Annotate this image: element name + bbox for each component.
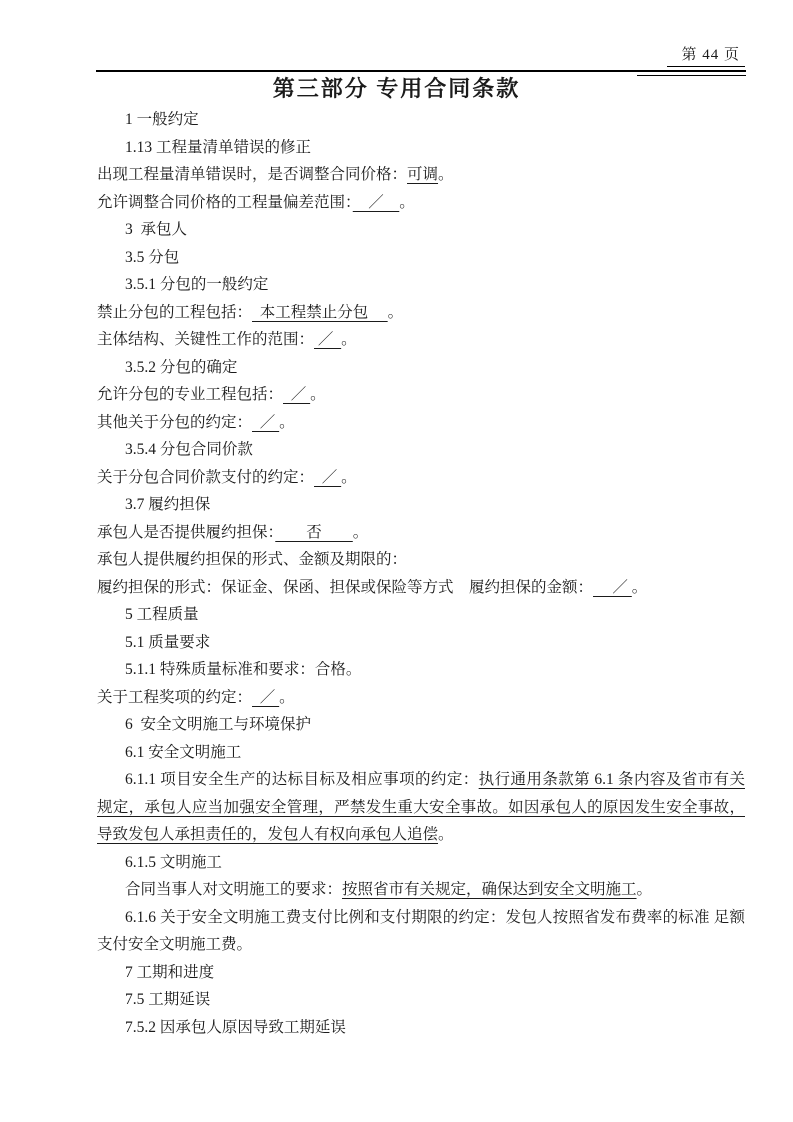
clause-text: 6.1.1 项目安全生产的达标目标及相应事项的约定：	[125, 771, 479, 788]
clause-text: 3.5.1 分包的一般约定	[125, 276, 268, 293]
filled-blank: 可调	[407, 166, 438, 183]
paragraph: 出现工程量清单错误时，是否调整合同价格：可调。	[97, 161, 745, 189]
clause-text: 1.13 工程量清单错误的修正	[125, 139, 311, 156]
paragraph: 3.5 分包	[97, 244, 745, 272]
filled-blank: 本工程禁止分包	[252, 304, 388, 321]
paragraph: 5.1.1 特殊质量标准和要求：合格。	[97, 656, 745, 684]
clause-text: 7.5.2 因承包人原因导致工期延误	[125, 1019, 346, 1036]
filled-blank: 按照省市有关规定，确保达到安全文明施工	[342, 881, 637, 898]
document-title: 第三部分 专用合同条款	[0, 76, 793, 102]
clause-text: 关于工程奖项的约定：	[97, 689, 252, 706]
clause-text: 。	[438, 826, 454, 843]
paragraph: 1 一般约定	[97, 106, 745, 134]
paragraph: 禁止分包的工程包括： 本工程禁止分包 。	[97, 299, 745, 327]
page-number: 第 44 页	[667, 46, 745, 67]
clause-text: 主体结构、关键性工作的范围：	[97, 331, 314, 348]
clause-text: 。	[632, 579, 648, 596]
clause-text: 6.1.5 文明施工	[125, 854, 222, 871]
clause-text: 。	[341, 331, 357, 348]
filled-blank: ／	[283, 386, 310, 403]
clause-text: 其他关于分包的约定：	[97, 414, 252, 431]
paragraph: 其他关于分包的约定： ／ 。	[97, 409, 745, 437]
header-rule	[96, 70, 746, 72]
page-header: 第 44 页	[97, 46, 745, 67]
clause-text: 承包人是否提供履约担保：	[97, 524, 275, 541]
paragraph: 5.1 质量要求	[97, 629, 745, 657]
paragraph: 7 工期和进度	[97, 959, 745, 987]
filled-blank: ／	[314, 469, 341, 486]
clause-text: 。	[438, 166, 454, 183]
clause-text: 6.1.6 关于安全文明施工费支付比例和支付期限的约定：发包人按照省发布费率的标…	[97, 909, 745, 954]
filled-blank: ／	[353, 194, 400, 211]
clause-text: 5.1.1 特殊质量标准和要求：合格。	[125, 661, 361, 678]
clause-text: 。	[388, 304, 404, 321]
paragraph: 6.1 安全文明施工	[97, 739, 745, 767]
document-body: 1 一般约定1.13 工程量清单错误的修正出现工程量清单错误时，是否调整合同价格…	[97, 106, 745, 1041]
clause-text: 5.1 质量要求	[125, 634, 210, 651]
clause-text: 允许分包的专业工程包括：	[97, 386, 283, 403]
filled-blank: ／	[314, 331, 341, 348]
paragraph: 6.1.5 文明施工	[97, 849, 745, 877]
clause-text: 出现工程量清单错误时，是否调整合同价格：	[97, 166, 407, 183]
clause-text: 1 一般约定	[125, 111, 199, 128]
clause-text: 6.1 安全文明施工	[125, 744, 241, 761]
clause-text: 允许调整合同价格的工程量偏差范围：	[97, 194, 353, 211]
clause-text: 7 工期和进度	[125, 964, 214, 981]
paragraph: 6.1.6 关于安全文明施工费支付比例和支付期限的约定：发包人按照省发布费率的标…	[97, 904, 745, 959]
clause-text: 。	[341, 469, 357, 486]
clause-text: 7.5 工期延误	[125, 991, 210, 1008]
clause-text: 。	[637, 881, 653, 898]
filled-blank: ／	[593, 579, 632, 596]
filled-blank: 否	[275, 524, 353, 541]
paragraph: 5 工程质量	[97, 601, 745, 629]
paragraph: 7.5 工期延误	[97, 986, 745, 1014]
clause-text: 。	[279, 689, 295, 706]
clause-text: 禁止分包的工程包括：	[97, 304, 252, 321]
paragraph: 主体结构、关键性工作的范围： ／ 。	[97, 326, 745, 354]
paragraph: 允许调整合同价格的工程量偏差范围： ／ 。	[97, 189, 745, 217]
clause-text: 。	[353, 524, 369, 541]
clause-text: 3 承包人	[125, 221, 187, 238]
paragraph: 3.5.2 分包的确定	[97, 354, 745, 382]
paragraph: 3.7 履约担保	[97, 491, 745, 519]
clause-text: 履约担保的形式：保证金、保函、担保或保险等方式 履约担保的金额：	[97, 579, 593, 596]
clause-text: 5 工程质量	[125, 606, 199, 623]
paragraph: 6 安全文明施工与环境保护	[97, 711, 745, 739]
paragraph: 1.13 工程量清单错误的修正	[97, 134, 745, 162]
filled-blank: ／	[252, 414, 279, 431]
paragraph: 承包人是否提供履约担保： 否 。	[97, 519, 745, 547]
clause-text: 。	[399, 194, 415, 211]
paragraph: 7.5.2 因承包人原因导致工期延误	[97, 1014, 745, 1042]
paragraph: 履约担保的形式：保证金、保函、担保或保险等方式 履约担保的金额： ／ 。	[97, 574, 745, 602]
clause-text: 3.5.2 分包的确定	[125, 359, 237, 376]
clause-text: 6 安全文明施工与环境保护	[125, 716, 311, 733]
clause-text: 。	[279, 414, 295, 431]
paragraph: 3 承包人	[97, 216, 745, 244]
paragraph: 关于分包合同价款支付的约定： ／ 。	[97, 464, 745, 492]
clause-text: 3.5 分包	[125, 249, 179, 266]
clause-text: 。	[310, 386, 326, 403]
paragraph: 允许分包的专业工程包括： ／ 。	[97, 381, 745, 409]
paragraph: 3.5.4 分包合同价款	[97, 436, 745, 464]
document-page: 第 44 页 第三部分 专用合同条款 1 一般约定1.13 工程量清单错误的修正…	[0, 0, 793, 1122]
paragraph: 关于工程奖项的约定： ／ 。	[97, 684, 745, 712]
clause-text: 3.7 履约担保	[125, 496, 210, 513]
clause-text: 承包人提供履约担保的形式、金额及期限的：	[97, 551, 407, 568]
clause-text: 3.5.4 分包合同价款	[125, 441, 253, 458]
paragraph: 6.1.1 项目安全生产的达标目标及相应事项的约定：执行通用条款第 6.1 条内…	[97, 766, 745, 849]
clause-text: 合同当事人对文明施工的要求：	[125, 881, 342, 898]
paragraph: 3.5.1 分包的一般约定	[97, 271, 745, 299]
clause-text: 关于分包合同价款支付的约定：	[97, 469, 314, 486]
paragraph: 合同当事人对文明施工的要求：按照省市有关规定，确保达到安全文明施工。	[97, 876, 745, 904]
paragraph: 承包人提供履约担保的形式、金额及期限的：	[97, 546, 745, 574]
filled-blank: ／	[252, 689, 279, 706]
